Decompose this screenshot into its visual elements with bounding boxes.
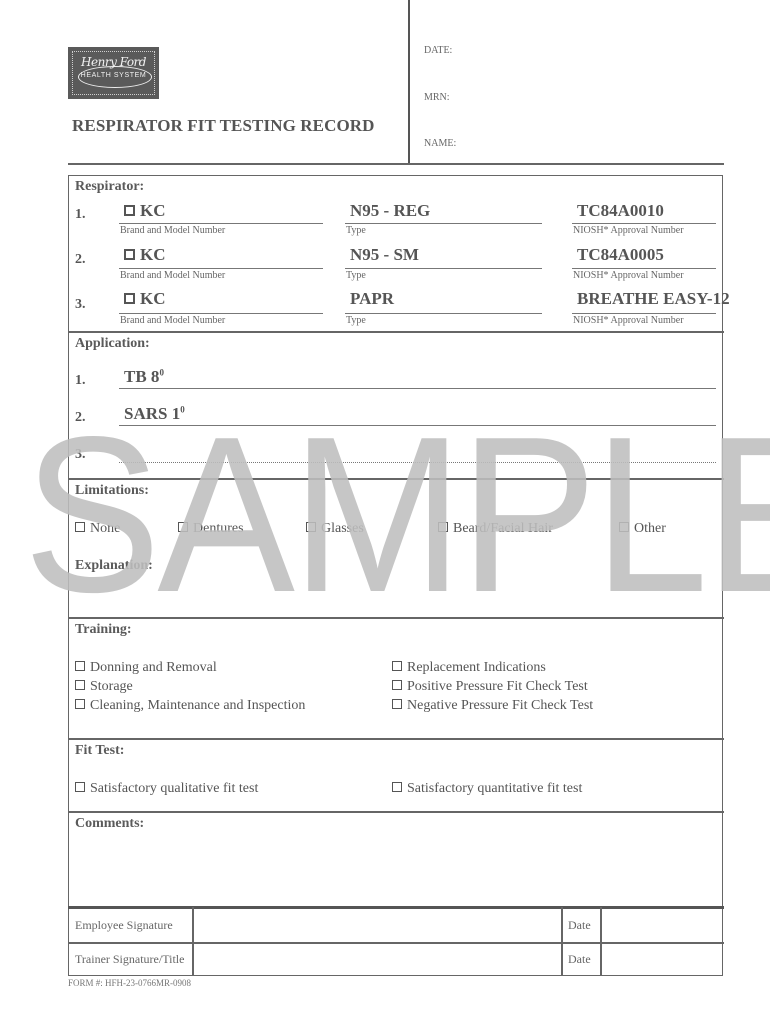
application-row-number: 3.	[75, 447, 86, 463]
type-caption: Type	[346, 315, 366, 326]
checkbox-icon[interactable]	[124, 205, 135, 216]
respirator-row-number: 2.	[75, 252, 86, 268]
brand-caption: Brand and Model Number	[120, 270, 225, 281]
checkbox-icon[interactable]	[75, 661, 85, 671]
checkbox-icon[interactable]	[392, 699, 402, 709]
limitation-glasses[interactable]: Glasses	[306, 521, 364, 537]
respirator-brand-1[interactable]: KC	[124, 201, 166, 221]
checkbox-icon[interactable]	[75, 699, 85, 709]
respirator-row-number: 3.	[75, 297, 86, 313]
checkbox-icon[interactable]	[75, 782, 85, 792]
training-replacement[interactable]: Replacement Indications	[392, 660, 546, 676]
checkbox-icon[interactable]	[75, 522, 85, 532]
header-divider	[408, 0, 410, 165]
logo-subtitle: HEALTH SYSTEM	[73, 72, 154, 79]
trainer-signature-field[interactable]	[194, 944, 560, 975]
option-label: Storage	[90, 679, 133, 694]
application-row-number: 1.	[75, 373, 86, 389]
respirator-brand-3[interactable]: KC	[124, 289, 166, 309]
respirator-brand-2[interactable]: KC	[124, 245, 166, 265]
explanation-label: Explanation:	[75, 558, 153, 574]
trainer-date-field[interactable]	[602, 944, 722, 975]
option-label: Other	[634, 521, 666, 536]
application-superscript: 0	[159, 367, 164, 377]
checkbox-icon[interactable]	[124, 249, 135, 260]
brand-value: KC	[140, 245, 166, 264]
employee-signature-field[interactable]	[194, 909, 560, 941]
niosh-caption: NIOSH* Approval Number	[573, 270, 684, 281]
limitation-dentures[interactable]: Dentures	[178, 521, 244, 537]
logo-frame: Henry Ford HEALTH SYSTEM	[72, 51, 155, 95]
respirator-row-number: 1.	[75, 207, 86, 223]
type-underline	[345, 268, 542, 269]
option-label: Satisfactory qualitative fit test	[90, 781, 258, 796]
application-underline	[119, 425, 716, 426]
comments-field[interactable]	[70, 835, 722, 905]
option-label: Dentures	[193, 521, 244, 536]
name-field[interactable]: NAME:	[424, 138, 456, 149]
section-divider	[68, 738, 724, 740]
respirator-heading: Respirator:	[75, 179, 144, 195]
brand-underline	[119, 268, 323, 269]
option-label: Replacement Indications	[407, 660, 546, 675]
section-divider	[68, 331, 724, 333]
brand-underline	[119, 223, 323, 224]
date-field[interactable]: DATE:	[424, 45, 452, 56]
application-underline	[119, 462, 716, 463]
application-superscript: 0	[180, 404, 185, 414]
checkbox-icon[interactable]	[619, 522, 629, 532]
type-underline	[345, 223, 542, 224]
employee-date-label: Date	[568, 918, 591, 933]
niosh-caption: NIOSH* Approval Number	[573, 225, 684, 236]
checkbox-icon[interactable]	[438, 522, 448, 532]
brand-value: KC	[140, 289, 166, 308]
niosh-caption: NIOSH* Approval Number	[573, 315, 684, 326]
respirator-type-2[interactable]: N95 - SM	[350, 245, 419, 265]
checkbox-icon[interactable]	[306, 522, 316, 532]
application-field-1[interactable]: TB 80	[124, 367, 164, 387]
section-divider	[68, 617, 724, 619]
application-value: TB 8	[124, 367, 159, 386]
checkbox-icon[interactable]	[178, 522, 188, 532]
option-label: Satisfactory quantitative fit test	[407, 781, 582, 796]
limitation-beard[interactable]: Beard/Facial Hair	[438, 521, 553, 537]
limitation-none[interactable]: None	[75, 521, 120, 537]
brand-caption: Brand and Model Number	[120, 315, 225, 326]
training-storage[interactable]: Storage	[75, 679, 133, 695]
trainer-date-label: Date	[568, 952, 591, 967]
type-caption: Type	[346, 270, 366, 281]
respirator-type-3[interactable]: PAPR	[350, 289, 394, 309]
training-positive-pressure[interactable]: Positive Pressure Fit Check Test	[392, 679, 588, 695]
checkbox-icon[interactable]	[392, 782, 402, 792]
fit-test-heading: Fit Test:	[75, 743, 124, 759]
application-heading: Application:	[75, 336, 150, 352]
limitation-other[interactable]: Other	[619, 521, 666, 537]
option-label: None	[90, 521, 120, 536]
application-underline	[119, 388, 716, 389]
respirator-niosh-2[interactable]: TC84A0005	[577, 245, 664, 265]
fit-test-quantitative[interactable]: Satisfactory quantitative fit test	[392, 781, 582, 797]
option-label: Beard/Facial Hair	[453, 521, 553, 536]
section-divider	[68, 478, 724, 480]
option-label: Donning and Removal	[90, 660, 217, 675]
page-title: RESPIRATOR FIT TESTING RECORD	[72, 116, 375, 136]
section-divider	[68, 811, 724, 813]
form-number: FORM #: HFH-23-0766MR-0908	[68, 978, 191, 988]
brand-underline	[119, 313, 323, 314]
logo-script-text: Henry Ford	[73, 55, 154, 69]
respirator-type-1[interactable]: N95 - REG	[350, 201, 430, 221]
niosh-underline	[572, 268, 716, 269]
training-cleaning[interactable]: Cleaning, Maintenance and Inspection	[75, 698, 305, 714]
limitations-heading: Limitations:	[75, 483, 149, 499]
training-negative-pressure[interactable]: Negative Pressure Fit Check Test	[392, 698, 593, 714]
type-caption: Type	[346, 225, 366, 236]
checkbox-icon[interactable]	[75, 680, 85, 690]
checkbox-icon[interactable]	[124, 293, 135, 304]
trainer-signature-label: Trainer Signature/Title	[75, 952, 184, 967]
checkbox-icon[interactable]	[392, 661, 402, 671]
respirator-niosh-1[interactable]: TC84A0010	[577, 201, 664, 221]
brand-caption: Brand and Model Number	[120, 225, 225, 236]
niosh-underline	[572, 223, 716, 224]
comments-heading: Comments:	[75, 816, 144, 832]
option-label: Positive Pressure Fit Check Test	[407, 679, 588, 694]
respirator-niosh-3[interactable]: BREATHE EASY-12	[577, 289, 730, 309]
mrn-field[interactable]: MRN:	[424, 92, 450, 103]
henry-ford-logo: Henry Ford HEALTH SYSTEM	[68, 47, 159, 99]
application-value: SARS 1	[124, 404, 180, 423]
type-underline	[345, 313, 542, 314]
option-label: Negative Pressure Fit Check Test	[407, 698, 593, 713]
application-field-2[interactable]: SARS 10	[124, 404, 185, 424]
option-label: Glasses	[321, 521, 364, 536]
training-donning[interactable]: Donning and Removal	[75, 660, 217, 676]
training-heading: Training:	[75, 622, 132, 638]
header-rule	[68, 163, 724, 165]
brand-value: KC	[140, 201, 166, 220]
fit-test-qualitative[interactable]: Satisfactory qualitative fit test	[75, 781, 258, 797]
niosh-underline	[572, 313, 716, 314]
option-label: Cleaning, Maintenance and Inspection	[90, 698, 305, 713]
application-row-number: 2.	[75, 410, 86, 426]
signature-column-divider	[561, 907, 563, 976]
employee-date-field[interactable]	[602, 909, 722, 941]
checkbox-icon[interactable]	[392, 680, 402, 690]
employee-signature-label: Employee Signature	[75, 918, 173, 933]
